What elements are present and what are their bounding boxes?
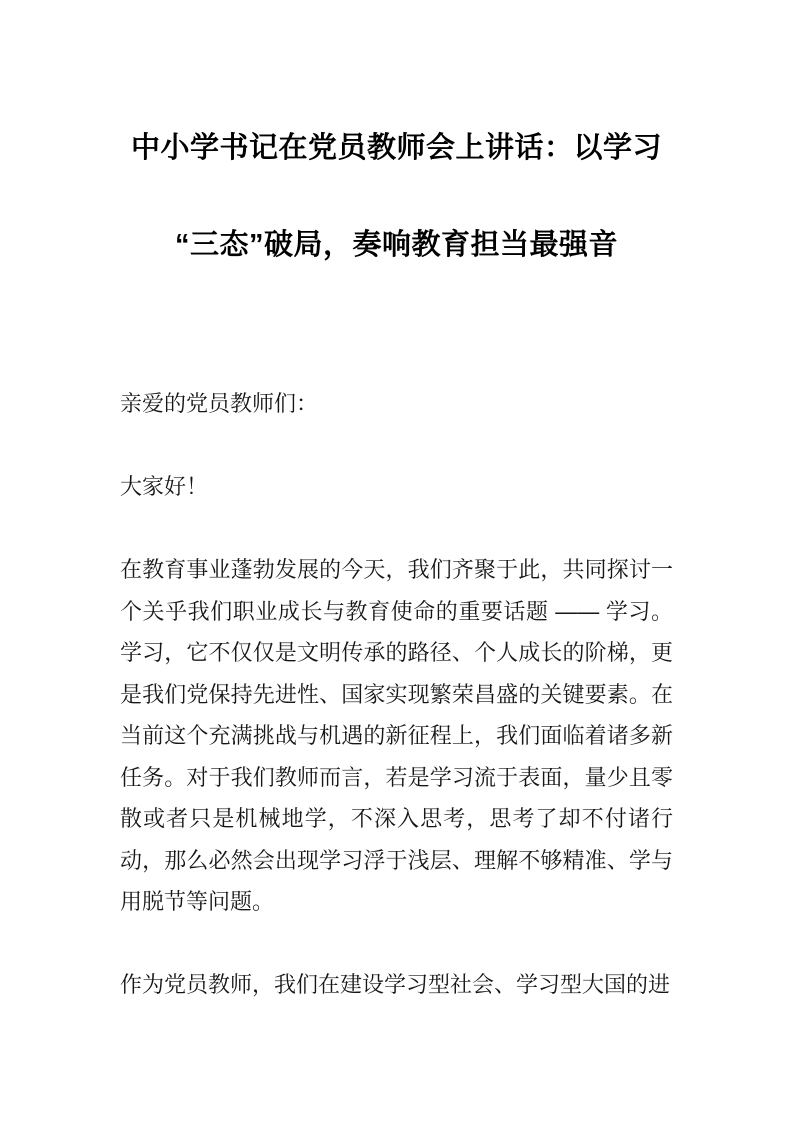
main-paragraph: 在教育事业蓬勃发展的今天，我们齐聚于此，共同探讨一个关乎我们职业成长与教育使命的… xyxy=(120,549,673,923)
document-title-line-2: “三态”破局，奏响教育担当最强音 xyxy=(108,197,685,294)
document-title: 中小学书记在党员教师会上讲话：以学习 “三态”破局，奏响教育担当最强音 xyxy=(108,100,685,294)
document-title-line-1: 中小学书记在党员教师会上讲话：以学习 xyxy=(108,100,685,197)
document-body: 亲爱的党员教师们： 大家好！ 在教育事业蓬勃发展的今天，我们齐聚于此，共同探讨一… xyxy=(120,383,673,1006)
truncated-paragraph: 作为党员教师，我们在建设学习型社会、学习型大国的进 xyxy=(120,964,673,1006)
salutation-paragraph: 亲爱的党员教师们： xyxy=(120,383,673,425)
greeting-paragraph: 大家好！ xyxy=(120,466,673,508)
document-page: 中小学书记在党员教师会上讲话：以学习 “三态”破局，奏响教育担当最强音 亲爱的党… xyxy=(0,0,793,1122)
